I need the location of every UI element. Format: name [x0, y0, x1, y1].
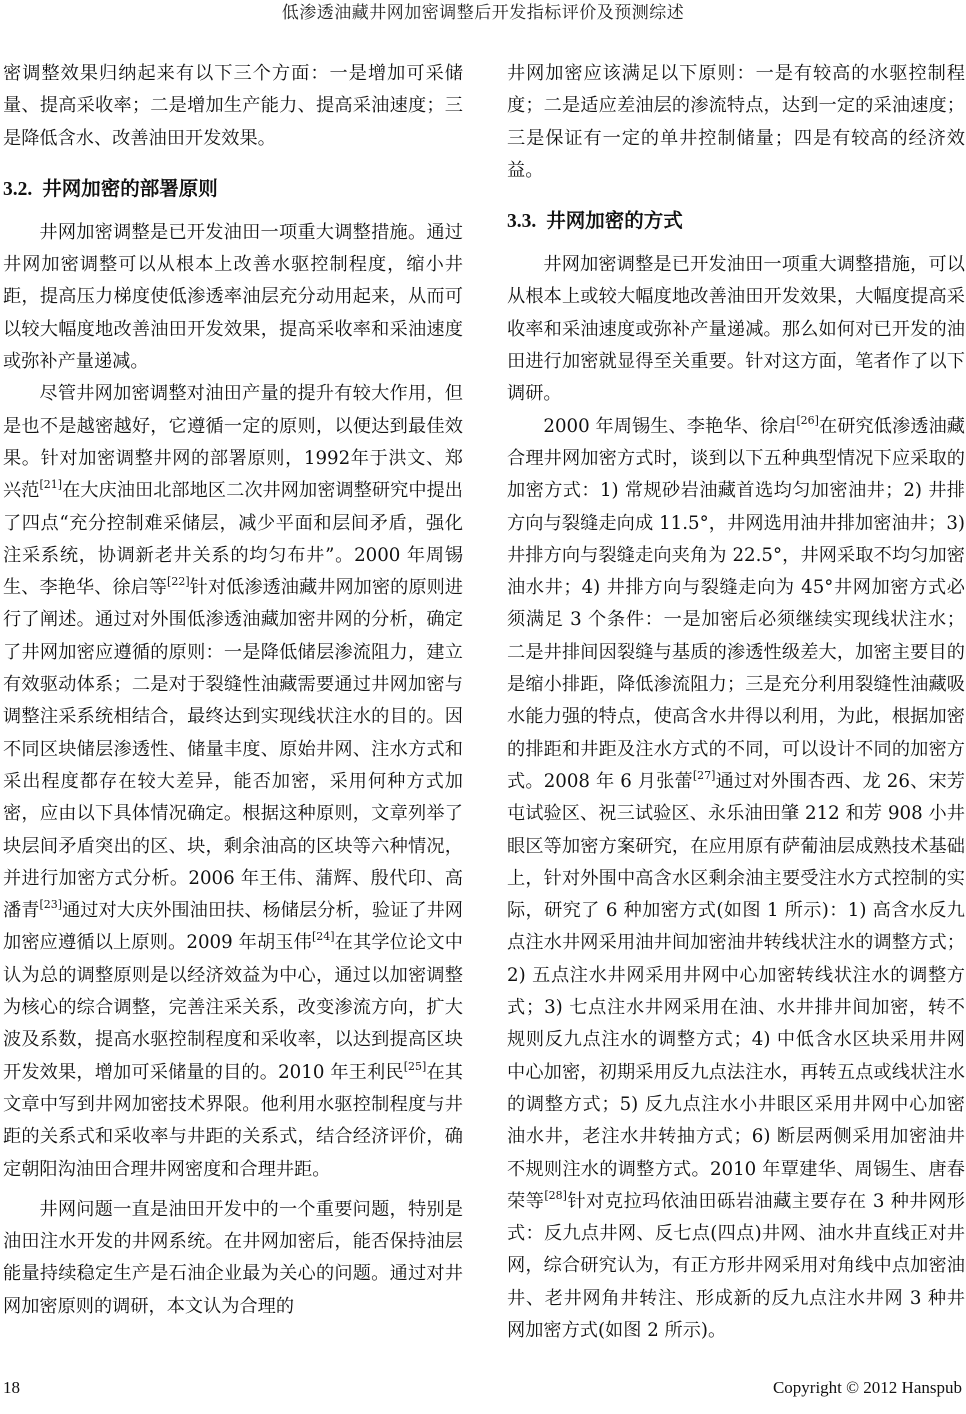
section-heading-3-2: 3.2.井网加密的部署原则	[3, 177, 463, 202]
citation-ref[interactable]: [23]	[39, 898, 62, 911]
paragraph-text: 在其学位论文中认为总的调整原则是以经济效益为中心，通过以加密调整为核心的综合调整…	[3, 932, 463, 1082]
page-number: 18	[3, 1378, 20, 1398]
paragraph: 井网问题一直是油田开发中的一个重要问题，特别是油田注水开发的井网系统。在井网加密…	[3, 1194, 463, 1323]
paragraph-continuation: 密调整效果归纳起来有以下三个方面：一是增加可采储量、提高采收率；二是增加生产能力…	[3, 58, 463, 155]
copyright-notice: Copyright © 2012 Hanspub	[773, 1378, 962, 1398]
citation-ref[interactable]: [22]	[167, 575, 190, 588]
section-title: 井网加密的部署原则	[42, 177, 218, 200]
section-title: 井网加密的方式	[546, 209, 683, 232]
paragraph-text: 2000 年周锡生、李艳华、徐启	[543, 416, 796, 437]
paragraph: 2000 年周锡生、李艳华、徐启[26]在研究低渗透油藏合理井网加密方式时，谈到…	[507, 411, 965, 1348]
citation-ref[interactable]: [27]	[693, 769, 716, 782]
citation-ref[interactable]: [25]	[404, 1060, 427, 1073]
citation-ref[interactable]: [21]	[39, 478, 62, 491]
paragraph-text: 针对低渗透油藏井网加密的原则进行了阐述。通过对外围低渗透油藏加密井网的分析，确定…	[3, 577, 463, 921]
citation-ref[interactable]: [28]	[544, 1189, 567, 1202]
citation-ref[interactable]: [24]	[312, 930, 335, 943]
paragraph: 井网加密调整是已开发油田一项重大调整措施。通过井网加密调整可以从根本上改善水驱控…	[3, 217, 463, 378]
paragraph: 井网加密调整是已开发油田一项重大调整措施，可以从根本上或较大幅度地改善油田开发效…	[507, 249, 965, 410]
paragraph-text: 针对克拉玛依油田砾岩油藏主要存在 3 种井网形式：反九点井网、反七点(四点)井网…	[507, 1191, 965, 1341]
section-number: 3.2.	[3, 179, 32, 200]
paragraph-text: 通过对外围杏西、龙 26、宋芳屯试验区、祝三试验区、永乐油田肇 212 和芳 9…	[507, 771, 965, 1212]
paragraph-text: 在研究低渗透油藏合理井网加密方式时，谈到以下五种典型情况下应采取的加密方式：1)…	[507, 416, 965, 792]
paragraph: 尽管井网加密调整对油田产量的提升有较大作用，但是也不是越密越好，它遵循一定的原则…	[3, 378, 463, 1185]
paragraph-continuation: 井网加密应该满足以下原则：一是有较高的水驱控制程度；二是适应差油层的渗流特点，达…	[507, 58, 965, 187]
running-header-title: 低渗透油藏井网加密调整后开发指标评价及预测综述	[0, 2, 966, 24]
right-column: 井网加密应该满足以下原则：一是有较高的水驱控制程度；二是适应差油层的渗流特点，达…	[507, 58, 965, 1347]
left-column: 密调整效果归纳起来有以下三个方面：一是增加可采储量、提高采收率；二是增加生产能力…	[3, 58, 463, 1323]
citation-ref[interactable]: [26]	[796, 414, 819, 427]
section-heading-3-3: 3.3.井网加密的方式	[507, 209, 965, 234]
section-number: 3.3.	[507, 211, 536, 232]
